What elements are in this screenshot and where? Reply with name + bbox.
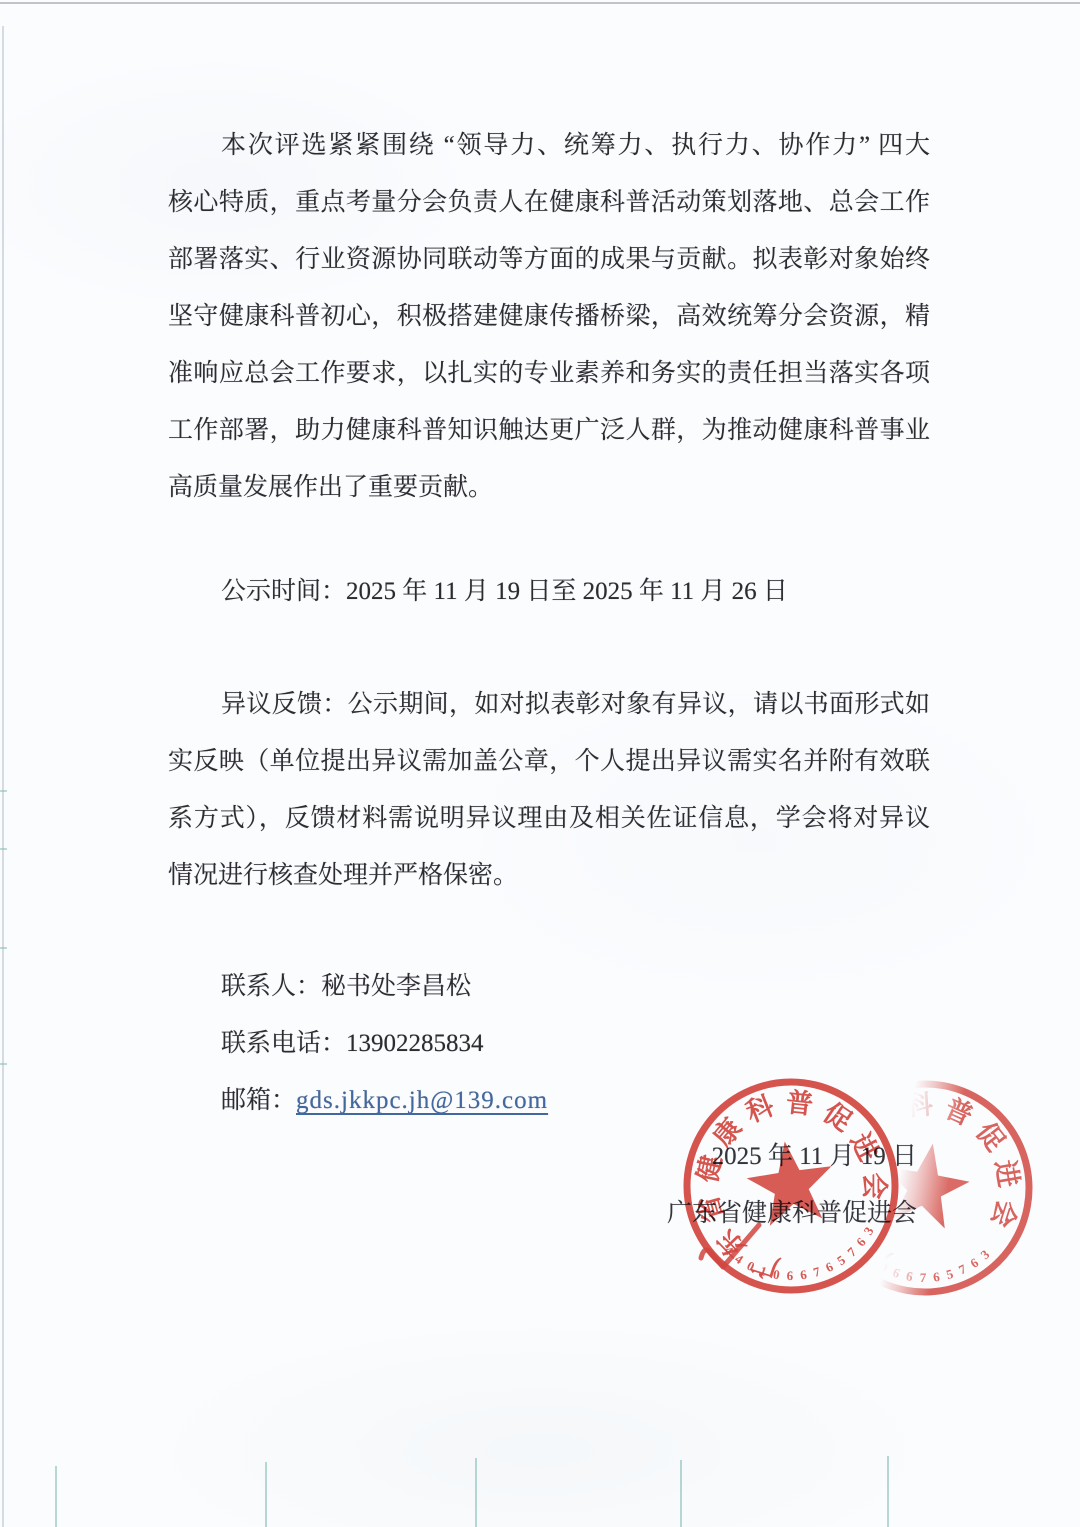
svg-text:科: 科 <box>742 1090 778 1128</box>
scan-artifact-grid-line <box>55 1466 57 1527</box>
svg-text:6: 6 <box>891 1265 902 1281</box>
text-line: 工作部署，助力健康科普知识触达更广泛人群，为推动健康科普事业 <box>168 402 930 459</box>
svg-text:3: 3 <box>977 1246 992 1262</box>
email-label: 邮箱： <box>221 1087 296 1114</box>
paragraph-evaluation: 本次评选紧紧围绕 “领导力、统筹力、执行力、协作力” 四大 核心特质，重点考量分… <box>168 117 930 516</box>
scan-artifact-tick <box>0 1063 7 1065</box>
scan-artifact-tick <box>0 947 7 949</box>
contact-person: 联系人：秘书处李昌松 <box>168 958 930 1015</box>
scan-artifact-tick <box>0 790 7 792</box>
text-line: 情况进行核查处理并严格保密。 <box>168 847 930 904</box>
svg-text:科: 科 <box>905 1089 934 1121</box>
text-line: 异议反馈：公示期间，如对拟表彰对象有异议，请以书面形式如 <box>168 676 930 733</box>
scan-artifact-grid-line <box>680 1460 682 1527</box>
svg-text:0: 0 <box>772 1266 781 1282</box>
scan-artifact-grid-line <box>475 1458 477 1527</box>
svg-text:6: 6 <box>967 1254 981 1270</box>
text-line: 实反映（单位提出异议需加盖公章，个人提出异议需实名并附有效联 <box>168 733 930 790</box>
document-page: 本次评选紧紧围绕 “领导力、统筹力、执行力、协作力” 四大 核心特质，重点考量分… <box>0 0 1080 1527</box>
svg-text:省: 省 <box>693 1192 729 1226</box>
svg-text:6: 6 <box>932 1269 941 1285</box>
scan-artifact-left-edge <box>2 26 4 1527</box>
svg-text:进: 进 <box>990 1158 1024 1190</box>
scan-artifact-top-line <box>0 2 1080 4</box>
svg-text:健: 健 <box>692 1152 727 1185</box>
text-line: 核心特质，重点考量分会负责人在健康科普活动策划落地、总会工作 <box>168 174 930 231</box>
svg-text:6: 6 <box>905 1268 914 1284</box>
scan-artifact-tick <box>0 848 7 850</box>
text-line: 本次评选紧紧围绕 “领导力、统筹力、执行力、协作力” 四大 <box>168 117 930 174</box>
text-line: 高质量发展作出了重要贡献。 <box>168 459 930 516</box>
text-line: 准响应总会工作要求，以扎实的专业素养和务实的责任担当落实各项 <box>168 345 930 402</box>
paragraph-objection: 异议反馈：公示期间，如对拟表彰对象有异议，请以书面形式如 实反映（单位提出异议需… <box>168 676 930 904</box>
scan-artifact-grid-line <box>887 1456 889 1527</box>
text-line: 部署落实、行业资源协同联动等方面的成果与贡献。拟表彰对象始终 <box>168 231 930 288</box>
notice-period-line: 公示时间：2025 年 11 月 19 日至 2025 年 11 月 26 日 <box>168 563 930 620</box>
svg-text:省: 省 <box>827 1171 858 1199</box>
document-body: 本次评选紧紧围绕 “领导力、统筹力、执行力、协作力” 四大 核心特质，重点考量分… <box>168 117 930 1129</box>
svg-text:7: 7 <box>956 1261 969 1278</box>
scan-artifact-grid-line <box>265 1462 267 1527</box>
email-link[interactable]: gds.jkkpc.jh@139.com <box>296 1087 548 1114</box>
svg-text:5: 5 <box>944 1266 955 1282</box>
text-line: 坚守健康科普初心，积极搭建健康传播桥梁，高效统筹分会资源，精 <box>168 288 930 345</box>
svg-text:会: 会 <box>986 1196 1023 1231</box>
text-line: 系方式），反馈材料需说明异议理由及相关佐证信息，学会将对异议 <box>168 790 930 847</box>
paragraph-notice-period: 公示时间：2025 年 11 月 19 日至 2025 年 11 月 26 日 <box>168 563 930 620</box>
svg-text:7: 7 <box>919 1270 926 1285</box>
official-seal-partial: 广东省健康科普促进会4401066765763 <box>785 1048 1065 1328</box>
